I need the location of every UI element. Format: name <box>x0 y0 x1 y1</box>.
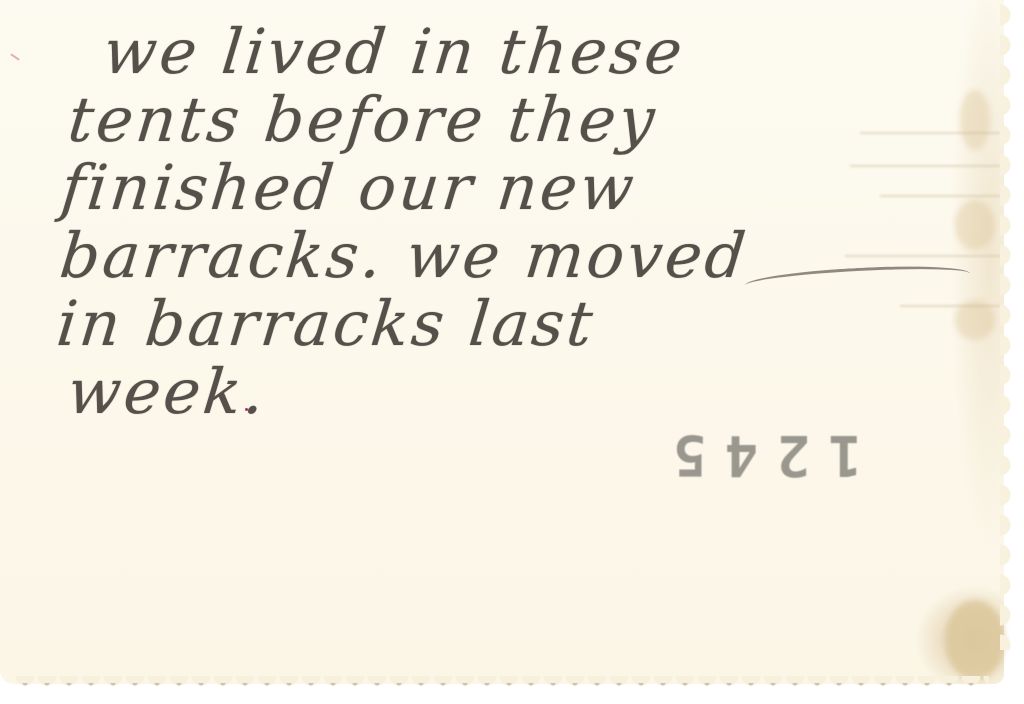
handwritten-note: we lived in these tents before they fini… <box>37 18 980 426</box>
note-line-6: week. <box>37 358 944 426</box>
note-line-3: finished our new <box>58 154 965 222</box>
scalloped-bottom-edge <box>14 676 989 688</box>
corner-stain <box>945 600 1005 680</box>
edge-stain <box>955 200 995 250</box>
scalloped-right-edge <box>1000 0 1012 650</box>
note-line-1: we lived in these <box>72 18 979 86</box>
note-line-5: in barracks last <box>44 290 951 358</box>
note-line-2: tents before they <box>65 86 972 154</box>
scalloped-edge-shadow <box>14 683 989 686</box>
stamped-number: 1245 <box>655 422 862 487</box>
